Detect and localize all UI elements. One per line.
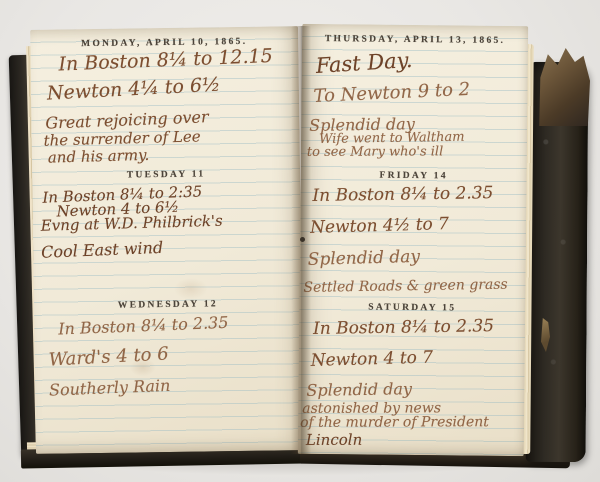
day-header-thursday: THURSDAY, APRIL 13, 1865.: [302, 34, 528, 46]
entry-line: Splendid day: [308, 247, 421, 270]
entry-line: In Boston 8¼ to 2.35: [313, 316, 494, 339]
entry-line: Ward's 4 to 6: [48, 343, 169, 370]
entry-line: and his army.: [48, 146, 150, 167]
entry-line: Splendid day: [306, 379, 412, 400]
entry-line: to see Mary who's ill: [307, 144, 443, 159]
page-stain: [174, 277, 208, 299]
left-page: MONDAY, APRIL 10, 1865. In Boston 8¼ to …: [30, 26, 304, 454]
entry-line: Southerly Rain: [49, 376, 171, 400]
entry-line: Newton 4¼ to 6½: [46, 74, 221, 105]
entry-line: In Boston 8¼ to 2.35: [312, 183, 493, 206]
day-header-tuesday: TUESDAY 11: [32, 168, 300, 182]
day-header-friday: FRIDAY 14: [301, 170, 527, 182]
entry-line: Settled Roads & green grass: [303, 277, 507, 296]
entry-line: Newton 4 to 7: [310, 348, 433, 371]
photo-background: MONDAY, APRIL 10, 1865. In Boston 8¼ to …: [0, 0, 600, 482]
entry-line: In Boston 8¼ to 2.35: [58, 313, 229, 339]
day-header-saturday: SATURDAY 15: [299, 302, 525, 314]
diary-book: MONDAY, APRIL 10, 1865. In Boston 8¼ to …: [0, 0, 600, 482]
entry-line: Lincoln: [306, 431, 362, 449]
entry-line: of the murder of President: [300, 414, 489, 431]
entry-line: Cool East wind: [41, 238, 164, 262]
binding-dot: [300, 237, 305, 242]
entry-line: Newton 4½ to 7: [310, 214, 449, 238]
entry-line: Fast Day.: [315, 48, 413, 78]
torn-leather-corner: [536, 48, 590, 126]
entry-line: To Newton 9 to 2: [313, 79, 471, 107]
entry-line: In Boston 8¼ to 12.15: [58, 45, 273, 76]
entry-line: Evng at W.D. Philbrick's: [41, 212, 223, 235]
day-header-wednesday: WEDNESDAY 12: [34, 298, 302, 312]
right-page: THURSDAY, APRIL 13, 1865. Fast Day. To N…: [298, 24, 528, 456]
